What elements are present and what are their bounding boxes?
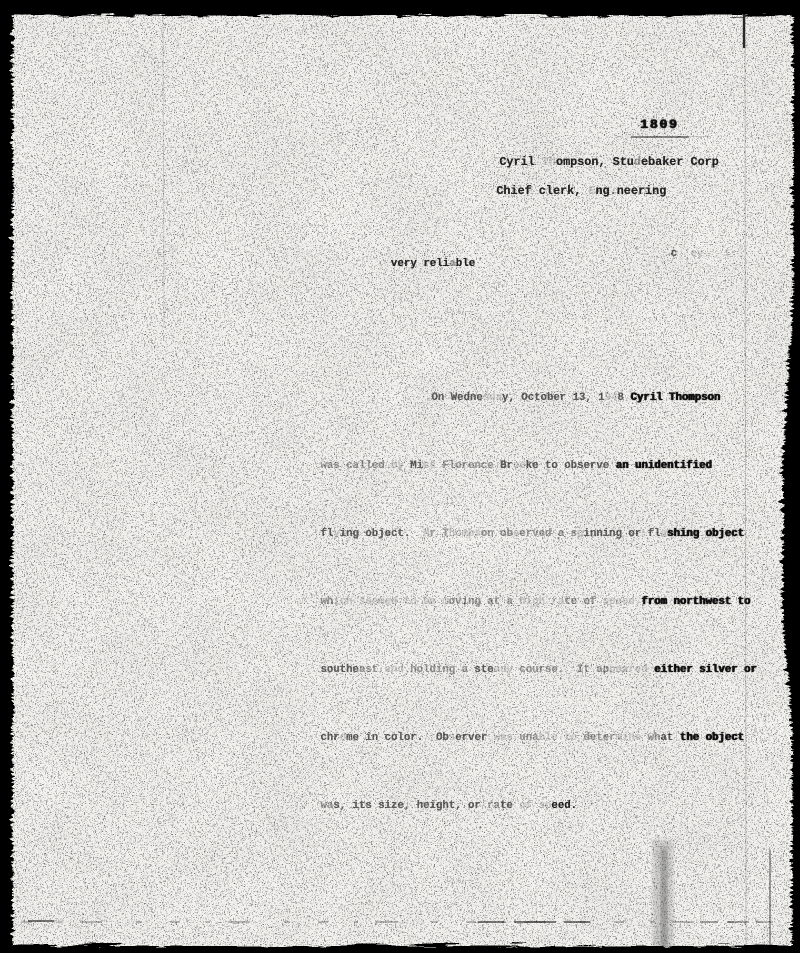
text-segment: It ap [564,664,609,676]
text-segment: d [634,155,641,169]
text-segment: r T [430,528,449,540]
text-segment: very reli [391,258,449,270]
text-segment: high ra [519,596,564,608]
text-segment: ng [595,184,609,198]
smudge-streak-core [661,848,667,953]
body-paragraph: On Wednesday, October 13, 1948 Cyril Tho… [282,351,757,854]
text-segment: . [610,184,617,198]
text-segment: Br [500,460,513,472]
text-segment: oo [513,460,526,472]
smudge-streak [653,840,673,953]
text-segment: shing object [667,528,744,540]
text-segment: me in color. Ob [346,732,449,744]
text-segment: M [423,528,429,540]
text-segment: holding a [410,664,474,676]
text-segment: ady [494,664,520,676]
text-segment: ra [487,800,500,812]
text-segment: either silver or [654,664,757,676]
text-segment: mine [616,732,648,744]
body-line: which seemed to be moving at a high rate… [282,582,757,623]
text-segment: inning or fl [584,528,661,540]
text-segment: Mi [410,460,423,472]
text-segment: the object [680,732,744,744]
text-segment: fl [320,528,333,540]
text-segment: wh [320,596,333,608]
text-segment: sda [483,392,502,404]
text-segment: 8 [618,392,631,404]
text-segment: a [661,528,667,540]
text-segment: peared [609,664,654,676]
recipient-title-line: Chief clerk, Eng.neering [468,170,666,212]
text-segment: at [660,732,679,744]
text-segment: homps [449,528,481,540]
scan-border-left [0,0,11,953]
text-segment: er 13, 1 [553,392,604,404]
text-segment: ompson, Stu [556,155,634,169]
text-segment: ble [456,258,475,270]
text-segment: by [391,460,410,472]
text-segment: an unidentified [616,460,712,472]
text-segment: Florence [442,460,500,472]
text-segment: southe [320,664,358,676]
page-number-underline-extension [689,136,711,137]
text-segment: te [500,800,519,812]
text-segment: neering [617,184,667,198]
text-segment: course. [519,664,564,676]
text-segment: Th [542,155,556,169]
text-segment: y, Octob [502,392,553,404]
scanned-document-page: 1809 Cyril Thompson, Studebaker Corp Chi… [0,0,800,953]
text-segment: of [519,800,538,812]
text-segment: its size, height, or [353,800,488,812]
text-segment: was called [320,460,391,472]
text-segment: was [494,732,520,744]
text-segment: ey [677,248,703,260]
scan-border-top [0,0,800,14]
text-segment: serve [577,460,615,472]
text-segment: on ob [481,528,513,540]
body-line: On Wednesday, October 13, 1948 Cyril Tho… [282,378,757,419]
text-segment: speed [603,596,641,608]
text-segment: p [577,528,583,540]
text-segment: erver [455,732,493,744]
body-line: flying object. Mr Thompson observed a sp… [282,514,757,555]
body-line: was, its size, height, or rate of speed. [282,786,757,827]
text-segment: ebaker Corp [641,155,719,169]
text-segment: y [333,528,339,540]
body-line: southeast and holding a steady course. I… [282,650,757,691]
text-segment: ing object. [340,528,423,540]
fold-line-left [163,16,164,325]
text-segment: ble to [539,732,584,744]
text-segment: te of [564,596,602,608]
text-segment: and [385,664,411,676]
reliability-note: very reliable [365,246,475,282]
text-segment: una [519,732,538,744]
page-number-underline [631,136,689,138]
text-segment: oving at a [449,596,520,608]
text-segment: On Wedne [431,392,482,404]
text-segment: wh [648,732,661,744]
text-segment: Chief clerk, [496,184,588,198]
text-segment: ste [474,664,493,676]
body-line: was called by Miss Florence Brooke to ob… [282,446,757,487]
text-segment: ich seemed to be m [333,596,448,608]
text-segment: ss [423,460,442,472]
text-segment: ast [359,664,385,676]
faint-margin-note: c ey : [645,236,729,272]
text-segment: sp [539,800,552,812]
text-segment: deter [584,732,616,744]
text-segment: : [703,248,729,260]
text-segment: 94 [605,392,618,404]
text-segment: from northwest to [641,596,750,608]
text-segment: a [449,258,455,270]
text-segment: s, [333,800,352,812]
text-segment: ke to ob [526,460,577,472]
body-line: chrome in color. Observer was unable to … [282,718,757,759]
text-segment: chr [320,732,339,744]
page-number: 1809 [640,117,678,132]
scan-border-bottom [0,944,800,953]
text-segment: eed. [551,800,577,812]
text-segment: wa [320,800,333,812]
text-segment: erved a s [519,528,577,540]
text-segment: Cyril Thompson [630,392,720,404]
scan-border-right [781,0,800,953]
text-segment: Cyril [499,155,541,169]
